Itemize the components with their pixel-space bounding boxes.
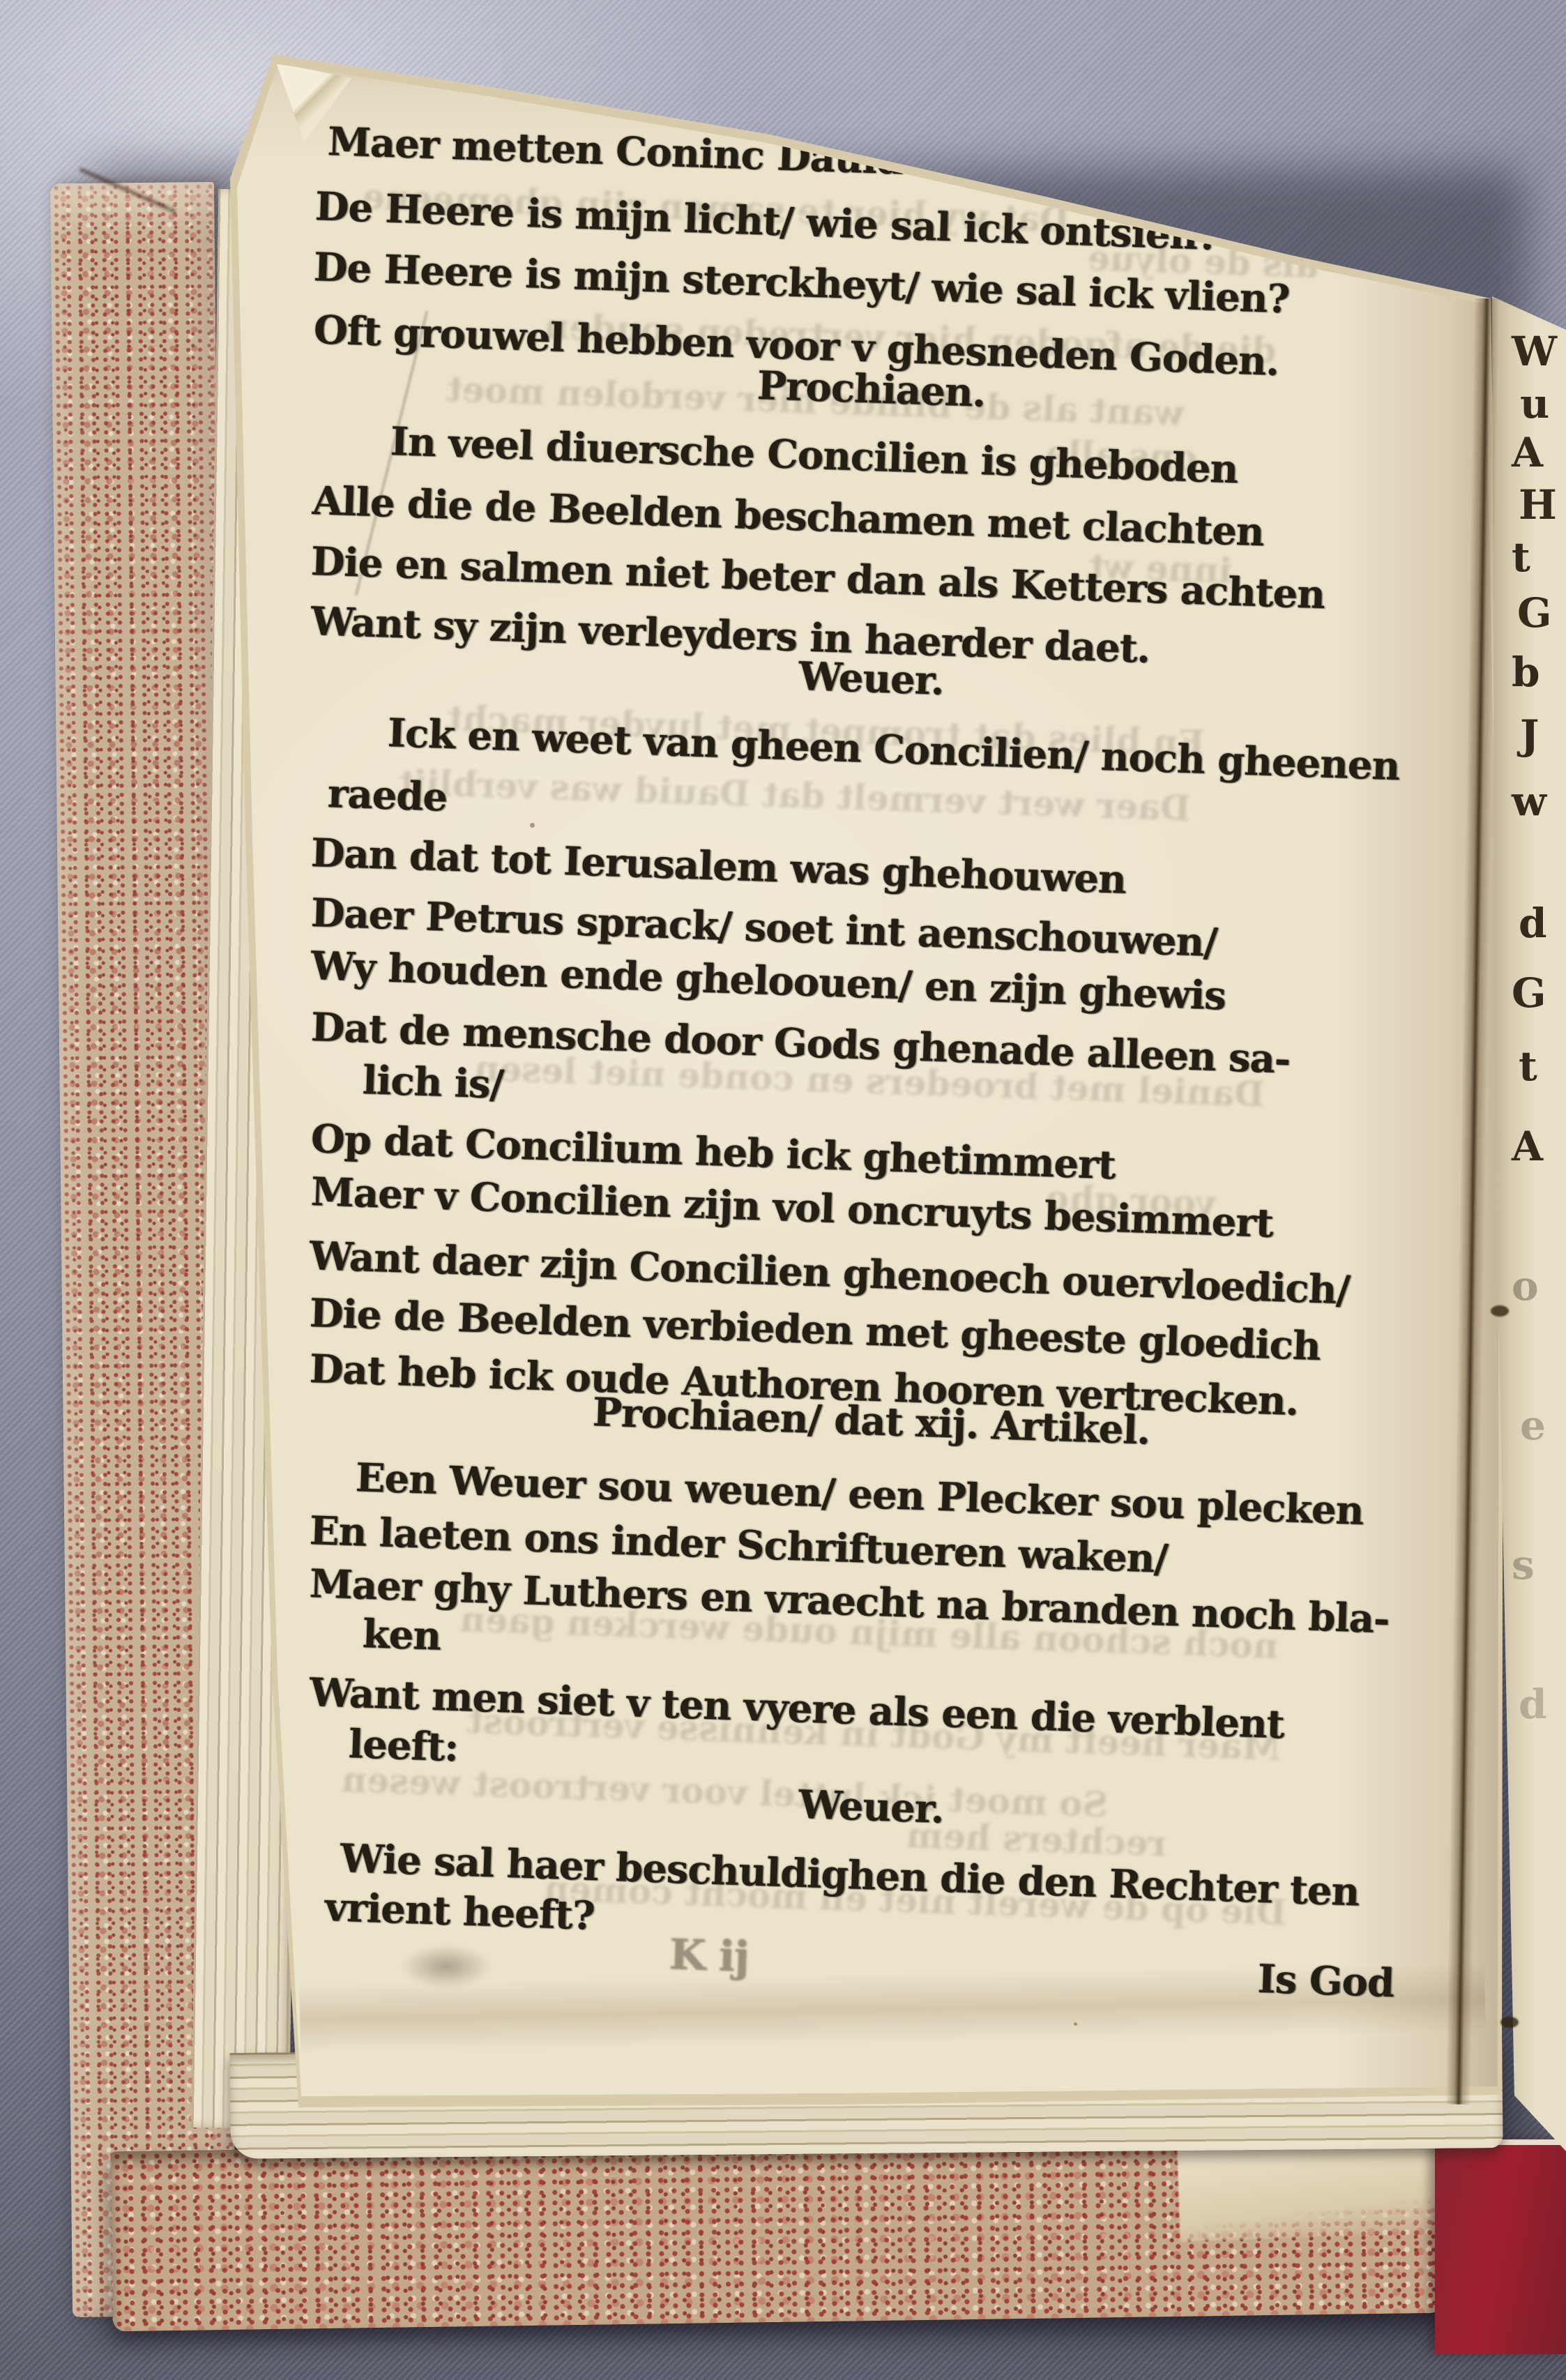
facing-page-glyph: s xyxy=(1512,1541,1533,1589)
continuation-line: lich is/ xyxy=(362,1057,504,1108)
facing-page-glyph: b xyxy=(1512,649,1539,696)
facing-page-glyph: J xyxy=(1520,711,1537,759)
facing-page-glyph: G xyxy=(1517,589,1551,637)
facing-page-glyph: d xyxy=(1519,900,1546,947)
continuation-line: ken xyxy=(362,1611,441,1660)
foxing-speck xyxy=(1074,2022,1077,2026)
verse-line: Dan dat tot Ierusalem was ghehouwen xyxy=(310,830,1127,903)
photo-of-open-antique-book: Dat wy hier te samen zijn ghemeene als d… xyxy=(0,0,1566,2380)
facing-page-glyph: w xyxy=(1512,778,1545,825)
sewing-thread-knot xyxy=(1491,1305,1509,1317)
foxing-speck xyxy=(530,823,535,828)
facing-page-glyph: G xyxy=(1512,969,1545,1017)
facing-page-glyph: W xyxy=(1512,328,1556,375)
facing-page-glyph: u xyxy=(1520,380,1548,427)
ink-smudge xyxy=(401,1944,492,1989)
facing-page-glyph: H xyxy=(1519,481,1556,529)
facing-page-glyph: t xyxy=(1519,1043,1536,1090)
book-cover-red-corner xyxy=(1435,2139,1566,2354)
facing-page-glyph: o xyxy=(1512,1262,1537,1310)
continuation-line: raede xyxy=(327,771,448,821)
facing-page-glyph: d xyxy=(1519,1681,1546,1728)
signature-mark: K ij xyxy=(669,1930,750,1982)
facing-page-glyph: e xyxy=(1520,1402,1544,1449)
continuation-line: leeft: xyxy=(348,1721,459,1771)
facing-page-glyph: A xyxy=(1512,429,1542,476)
facing-page-glyph: A xyxy=(1512,1123,1542,1170)
facing-page-glyph: t xyxy=(1512,533,1529,581)
sewing-thread-knot xyxy=(1500,2017,1519,2028)
